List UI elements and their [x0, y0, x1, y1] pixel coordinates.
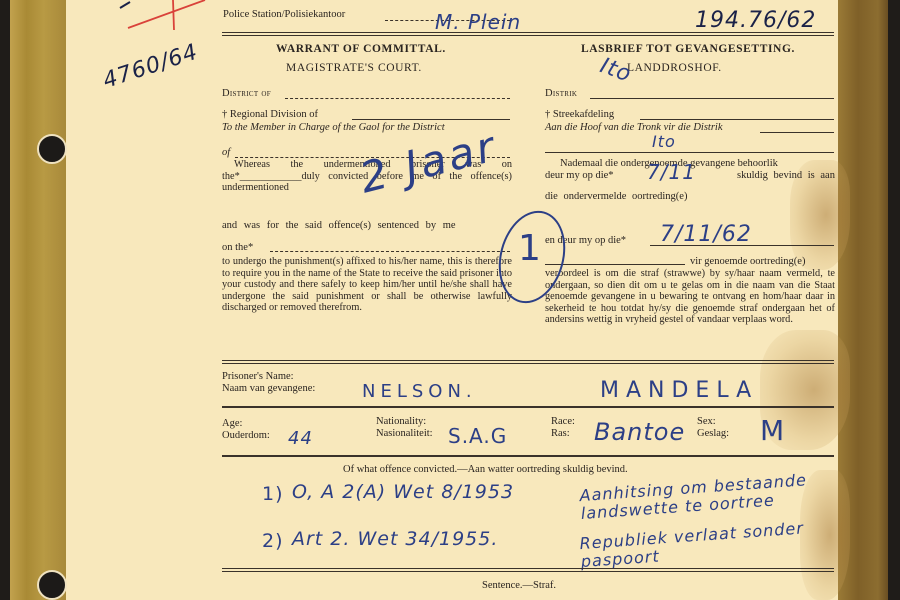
nationality-label-en: Nationality:	[376, 416, 426, 428]
regional-division-label: † Regional Division of	[222, 109, 318, 121]
offence-divider	[222, 568, 834, 572]
reference-number: 194.76/62	[695, 8, 816, 33]
english-body-paragraph: to undergo the punishment(s) affixed to …	[222, 256, 512, 314]
sex-label-en: Sex:	[697, 416, 716, 428]
nademaal-line-2b: skuldig bevind is aan	[737, 170, 835, 182]
title-afrikaans: LASBRIEF TOT GEVANGESETTING.	[581, 43, 795, 55]
header-divider	[222, 32, 834, 36]
police-station-value: M. Plein	[435, 10, 521, 34]
prisoner-first-name: NELSON.	[362, 381, 477, 402]
red-check-mark	[110, 0, 220, 35]
sentence-date-value: 7/11/62	[660, 222, 752, 247]
to-member-line: To the Member in Charge of the Gaol for …	[222, 122, 445, 134]
nademaal-line-3: die ondervermelde oortreding(e)	[545, 191, 687, 203]
annotation-circled-number: 1	[518, 228, 542, 269]
prisoner-name-label-af: Naam van gevangene:	[222, 383, 315, 395]
details-row-divider	[222, 455, 834, 457]
vir-genoemde-field[interactable]	[545, 264, 685, 265]
nademaal-line-2a: deur my op die*	[545, 170, 614, 182]
streekafdeling-field[interactable]	[640, 119, 834, 120]
tronk-distrik-field[interactable]	[760, 132, 834, 133]
sentenced-line: and was for the said offence(s) sentence…	[222, 220, 456, 232]
section-divider	[222, 360, 834, 364]
sentence-heading: Sentence.—Straf.	[482, 580, 556, 592]
subtitle-afrikaans: LANDDROSHOF.	[627, 62, 722, 74]
regional-division-field[interactable]	[352, 119, 510, 120]
afrikaans-body-paragraph: veroordeel is om die straf (strawwe) by …	[545, 268, 835, 326]
age-label-en: Age:	[222, 418, 242, 430]
nationality-value: S.A.G	[448, 424, 507, 448]
punch-hole-bottom	[37, 570, 67, 600]
name-row-divider	[222, 406, 834, 408]
scan-background-right	[888, 0, 900, 600]
offence-1-number: 1)	[262, 483, 284, 505]
binding-tape-left	[10, 0, 66, 600]
police-station-label: Police Station/Polisiekantoor	[223, 9, 345, 21]
offence-2-number: 2)	[262, 530, 284, 552]
punch-hole-top	[37, 134, 67, 164]
offence-heading: Of what offence convicted.—Aan watter oo…	[343, 464, 628, 476]
sentence-date-field[interactable]	[270, 251, 510, 252]
prisoner-last-name: MANDELA	[600, 378, 758, 403]
distrik-field[interactable]	[590, 98, 834, 99]
vir-genoemde-label: vir genoemde oortreding(e)	[690, 256, 805, 268]
nationality-label-af: Nasionaliteit:	[376, 428, 433, 440]
title-english: WARRANT OF COMMITTAL.	[276, 43, 446, 55]
prisoner-name-label-en: Prisoner's Name:	[222, 371, 294, 383]
sex-value: M	[760, 414, 785, 447]
age-value: 44	[288, 428, 313, 449]
afrikaans-divider	[545, 152, 834, 153]
district-label: District of	[222, 88, 271, 100]
on-the-label: on the*	[222, 242, 253, 254]
offence-2-act: Art 2. Wet 34/1955.	[292, 528, 498, 550]
race-label-en: Race:	[551, 416, 575, 428]
subtitle-english: MAGISTRATE'S COURT.	[286, 62, 422, 74]
age-label-af: Ouderdom:	[222, 430, 270, 442]
race-value: Bantoe	[594, 418, 685, 446]
race-label-af: Ras:	[551, 428, 570, 440]
of-label: of	[222, 147, 230, 159]
aan-die-hoof-line: Aan die Hoof van die Tronk vir die Distr…	[545, 122, 723, 134]
conviction-date-value: 7/11	[647, 160, 696, 184]
streekafdeling-label: † Streekafdeling	[545, 109, 614, 121]
sex-label-af: Geslag:	[697, 428, 729, 440]
district-field[interactable]	[285, 98, 510, 99]
tronk-distrik-value: Ito	[652, 132, 676, 151]
distrik-label: Distrik	[545, 88, 577, 100]
offence-1-act: O, A 2(A) Wet 8/1953	[292, 481, 514, 503]
